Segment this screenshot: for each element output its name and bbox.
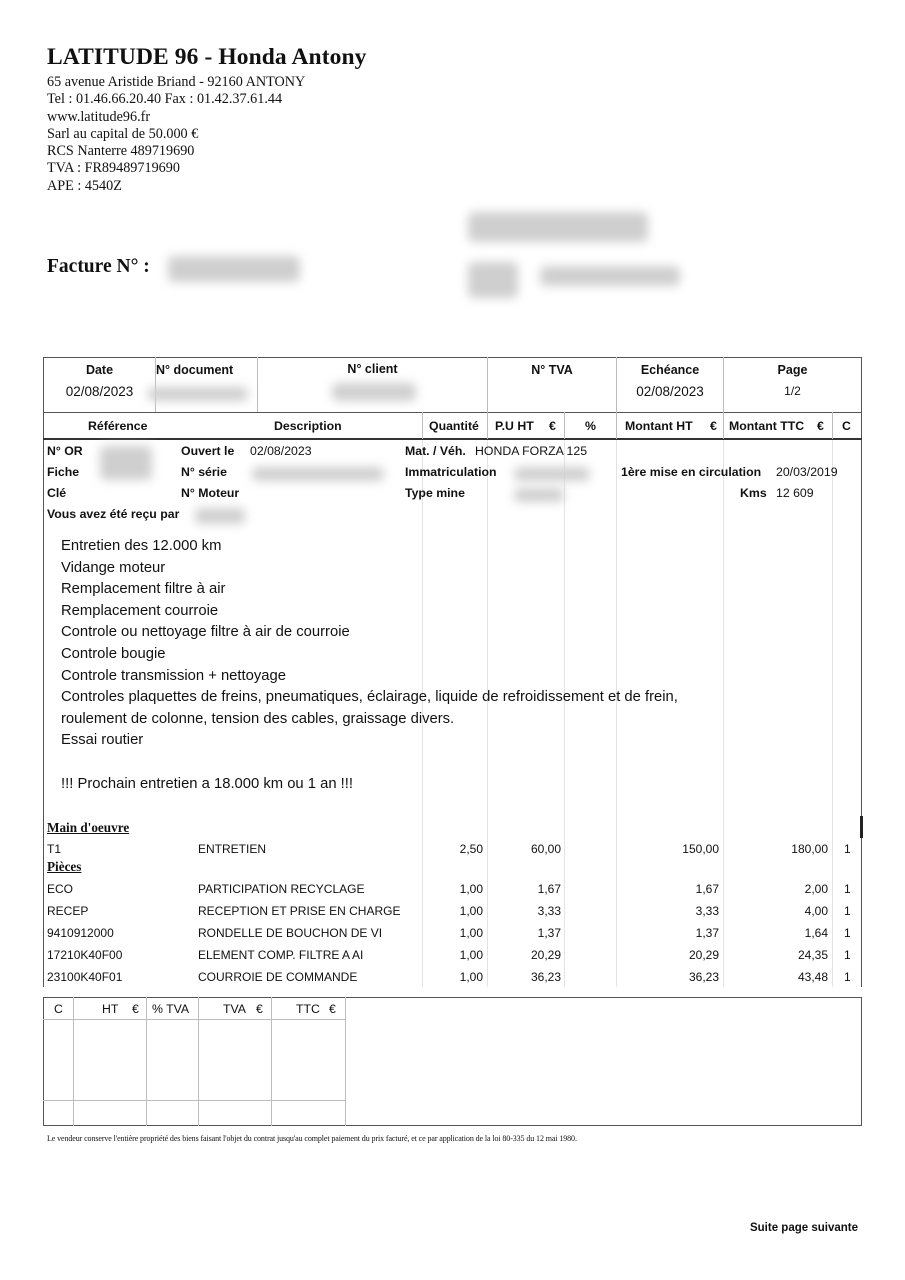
recipient-address-redacted-1 bbox=[468, 262, 518, 298]
summary-col-tva-pct: % TVA bbox=[152, 1002, 189, 1016]
legal-notice: Le vendeur conserve l'entière propriété … bbox=[47, 1134, 577, 1143]
item-reference: 9410912000 bbox=[47, 926, 114, 940]
item-reference: T1 bbox=[47, 842, 61, 856]
col-quantity: Quantité bbox=[429, 419, 479, 433]
item-reference: 23100K40F01 bbox=[47, 970, 122, 984]
item-unit-price: 1,37 bbox=[538, 926, 561, 940]
summary-col-tva: TVA bbox=[223, 1002, 246, 1016]
due-date-label: Echéance bbox=[617, 363, 723, 377]
client-number-label: N° client bbox=[258, 362, 487, 376]
serial-label: N° série bbox=[181, 465, 227, 479]
item-description: PARTICIPATION RECYCLAGE bbox=[198, 882, 364, 896]
work-description-line: Remplacement filtre à air bbox=[61, 579, 678, 601]
tva-number-label: N° TVA bbox=[488, 363, 616, 377]
opened-label: Ouvert le bbox=[181, 444, 234, 458]
line-item-row: RECEPRECEPTION ET PRISE EN CHARGE1,003,3… bbox=[0, 904, 905, 926]
recipient-address-redacted-2 bbox=[540, 266, 680, 286]
work-description-line: Remplacement courroie bbox=[61, 601, 678, 623]
page-value: 1/2 bbox=[724, 384, 861, 398]
company-tva: TVA : FR89489719690 bbox=[47, 160, 305, 177]
col-unit-price: P.U HT bbox=[495, 419, 534, 433]
item-code: 1 bbox=[844, 948, 851, 962]
vehicle-label: Mat. / Véh. bbox=[405, 444, 466, 458]
invoice-number-label: Facture N° : bbox=[47, 256, 150, 278]
company-name: LATITUDE 96 - Honda Antony bbox=[47, 44, 367, 71]
summary-col-ttc-currency: € bbox=[329, 1002, 336, 1016]
item-amount-ht: 150,00 bbox=[682, 842, 719, 856]
company-rcs: RCS Nanterre 489719690 bbox=[47, 143, 305, 160]
item-description: ENTRETIEN bbox=[198, 842, 266, 856]
company-address: 65 avenue Aristide Briand - 92160 ANTONY bbox=[47, 74, 305, 91]
due-date-value: 02/08/2023 bbox=[617, 384, 723, 399]
invoice-number-redacted bbox=[168, 256, 300, 282]
sheet-label: Fiche bbox=[47, 465, 79, 479]
or-label: N° OR bbox=[47, 444, 83, 458]
col-reference: Référence bbox=[88, 419, 147, 433]
opened-value: 02/08/2023 bbox=[250, 444, 312, 458]
date-value: 02/08/2023 bbox=[44, 384, 155, 399]
serial-redacted bbox=[252, 467, 384, 481]
document-number-redacted bbox=[148, 387, 248, 401]
work-description-line: Controle ou nettoyage filtre à air de co… bbox=[61, 622, 678, 644]
summary-col-ttc: TTC bbox=[296, 1002, 320, 1016]
recipient-name-redacted bbox=[468, 212, 648, 242]
work-description-line: !!! Prochain entretien a 18.000 km ou 1 … bbox=[61, 774, 678, 796]
line-item-row: T1ENTRETIEN2,5060,00150,00180,001 bbox=[0, 842, 905, 864]
work-description-line bbox=[61, 752, 678, 774]
labor-section-title: Main d'oeuvre bbox=[47, 820, 129, 836]
line-item-row: 17210K40F00ELEMENT COMP. FILTRE A AI1,00… bbox=[0, 948, 905, 970]
item-quantity: 1,00 bbox=[460, 882, 483, 896]
item-quantity: 1,00 bbox=[460, 970, 483, 984]
item-amount-ht: 20,29 bbox=[689, 948, 719, 962]
item-amount-ht: 1,37 bbox=[696, 926, 719, 940]
item-amount-ht: 36,23 bbox=[689, 970, 719, 984]
item-description: RONDELLE DE BOUCHON DE VI bbox=[198, 926, 382, 940]
kms-value: 12 609 bbox=[776, 486, 814, 500]
registration-label: Immatriculation bbox=[405, 465, 497, 479]
item-amount-ht: 3,33 bbox=[696, 904, 719, 918]
line-item-row: 9410912000RONDELLE DE BOUCHON DE VI1,001… bbox=[0, 926, 905, 948]
vehicle-value: HONDA FORZA 125 bbox=[475, 444, 587, 458]
work-description-line: Controle transmission + nettoyage bbox=[61, 666, 678, 688]
col-amount-ht: Montant HT bbox=[625, 419, 693, 433]
item-description: ELEMENT COMP. FILTRE A AI bbox=[198, 948, 363, 962]
item-amount-ttc: 1,64 bbox=[805, 926, 828, 940]
continued-next-page: Suite page suivante bbox=[750, 1222, 858, 1234]
item-quantity: 1,00 bbox=[460, 948, 483, 962]
company-capital: Sarl au capital de 50.000 € bbox=[47, 126, 305, 143]
work-description-line: roulement de colonne, tension des cables… bbox=[61, 709, 678, 731]
col-amount-ttc-currency: € bbox=[817, 419, 824, 433]
item-reference: 17210K40F00 bbox=[47, 948, 122, 962]
item-description: COURROIE DE COMMANDE bbox=[198, 970, 357, 984]
col-percent: % bbox=[585, 419, 596, 433]
item-reference: RECEP bbox=[47, 904, 88, 918]
item-unit-price: 20,29 bbox=[531, 948, 561, 962]
item-quantity: 1,00 bbox=[460, 926, 483, 940]
item-amount-ttc: 24,35 bbox=[798, 948, 828, 962]
line-item-row: 23100K40F01COURROIE DE COMMANDE1,0036,23… bbox=[0, 970, 905, 992]
item-code: 1 bbox=[844, 926, 851, 940]
or-sheet-redacted bbox=[100, 446, 152, 480]
item-unit-price: 36,23 bbox=[531, 970, 561, 984]
summary-col-ht: HT bbox=[102, 1002, 118, 1016]
company-phone-fax: Tel : 01.46.66.20.40 Fax : 01.42.37.61.4… bbox=[47, 91, 305, 108]
item-amount-ttc: 43,48 bbox=[798, 970, 828, 984]
engine-label: N° Moteur bbox=[181, 486, 239, 500]
col-description: Description bbox=[274, 419, 342, 433]
type-redacted bbox=[514, 488, 564, 502]
page-label: Page bbox=[724, 363, 861, 377]
item-amount-ttc: 4,00 bbox=[805, 904, 828, 918]
client-number-redacted bbox=[332, 383, 416, 401]
item-code: 1 bbox=[844, 970, 851, 984]
summary-col-ht-currency: € bbox=[132, 1002, 139, 1016]
item-unit-price: 3,33 bbox=[538, 904, 561, 918]
item-description: RECEPTION ET PRISE EN CHARGE bbox=[198, 904, 400, 918]
item-quantity: 1,00 bbox=[460, 904, 483, 918]
summary-col-tva-currency: € bbox=[256, 1002, 263, 1016]
item-code: 1 bbox=[844, 882, 851, 896]
item-unit-price: 60,00 bbox=[531, 842, 561, 856]
received-by-redacted bbox=[195, 508, 245, 524]
company-details: 65 avenue Aristide Briand - 92160 ANTONY… bbox=[47, 74, 305, 195]
item-unit-price: 1,67 bbox=[538, 882, 561, 896]
line-item-row: ECOPARTICIPATION RECYCLAGE1,001,671,672,… bbox=[0, 882, 905, 904]
work-description: Entretien des 12.000 kmVidange moteurRem… bbox=[61, 536, 678, 795]
kms-label: Kms bbox=[740, 486, 767, 500]
work-description-line: Controle bougie bbox=[61, 644, 678, 666]
col-unit-price-currency: € bbox=[549, 419, 556, 433]
company-website: www.latitude96.fr bbox=[47, 109, 305, 126]
col-amount-ttc: Montant TTC bbox=[729, 419, 804, 433]
col-code: C bbox=[842, 419, 851, 433]
work-description-line: Essai routier bbox=[61, 730, 678, 752]
item-quantity: 2,50 bbox=[460, 842, 483, 856]
received-by-label: Vous avez été reçu par bbox=[47, 507, 179, 521]
document-number-label: N° document bbox=[156, 363, 232, 377]
item-code: 1 bbox=[844, 842, 851, 856]
registration-redacted bbox=[514, 467, 590, 481]
type-label: Type mine bbox=[405, 486, 465, 500]
scroll-marker bbox=[860, 816, 863, 838]
first-registration-value: 20/03/2019 bbox=[776, 465, 838, 479]
date-label: Date bbox=[44, 363, 155, 377]
company-ape: APE : 4540Z bbox=[47, 178, 305, 195]
work-description-line: Controles plaquettes de freins, pneumati… bbox=[61, 687, 678, 709]
col-amount-ht-currency: € bbox=[710, 419, 717, 433]
item-amount-ttc: 2,00 bbox=[805, 882, 828, 896]
item-reference: ECO bbox=[47, 882, 73, 896]
item-amount-ht: 1,67 bbox=[696, 882, 719, 896]
item-code: 1 bbox=[844, 904, 851, 918]
work-description-line: Vidange moteur bbox=[61, 558, 678, 580]
key-label: Clé bbox=[47, 486, 66, 500]
parts-section-title: Pièces bbox=[47, 859, 81, 875]
work-description-line: Entretien des 12.000 km bbox=[61, 536, 678, 558]
summary-col-code: C bbox=[54, 1002, 63, 1016]
first-registration-label: 1ère mise en circulation bbox=[621, 465, 761, 479]
item-amount-ttc: 180,00 bbox=[791, 842, 828, 856]
